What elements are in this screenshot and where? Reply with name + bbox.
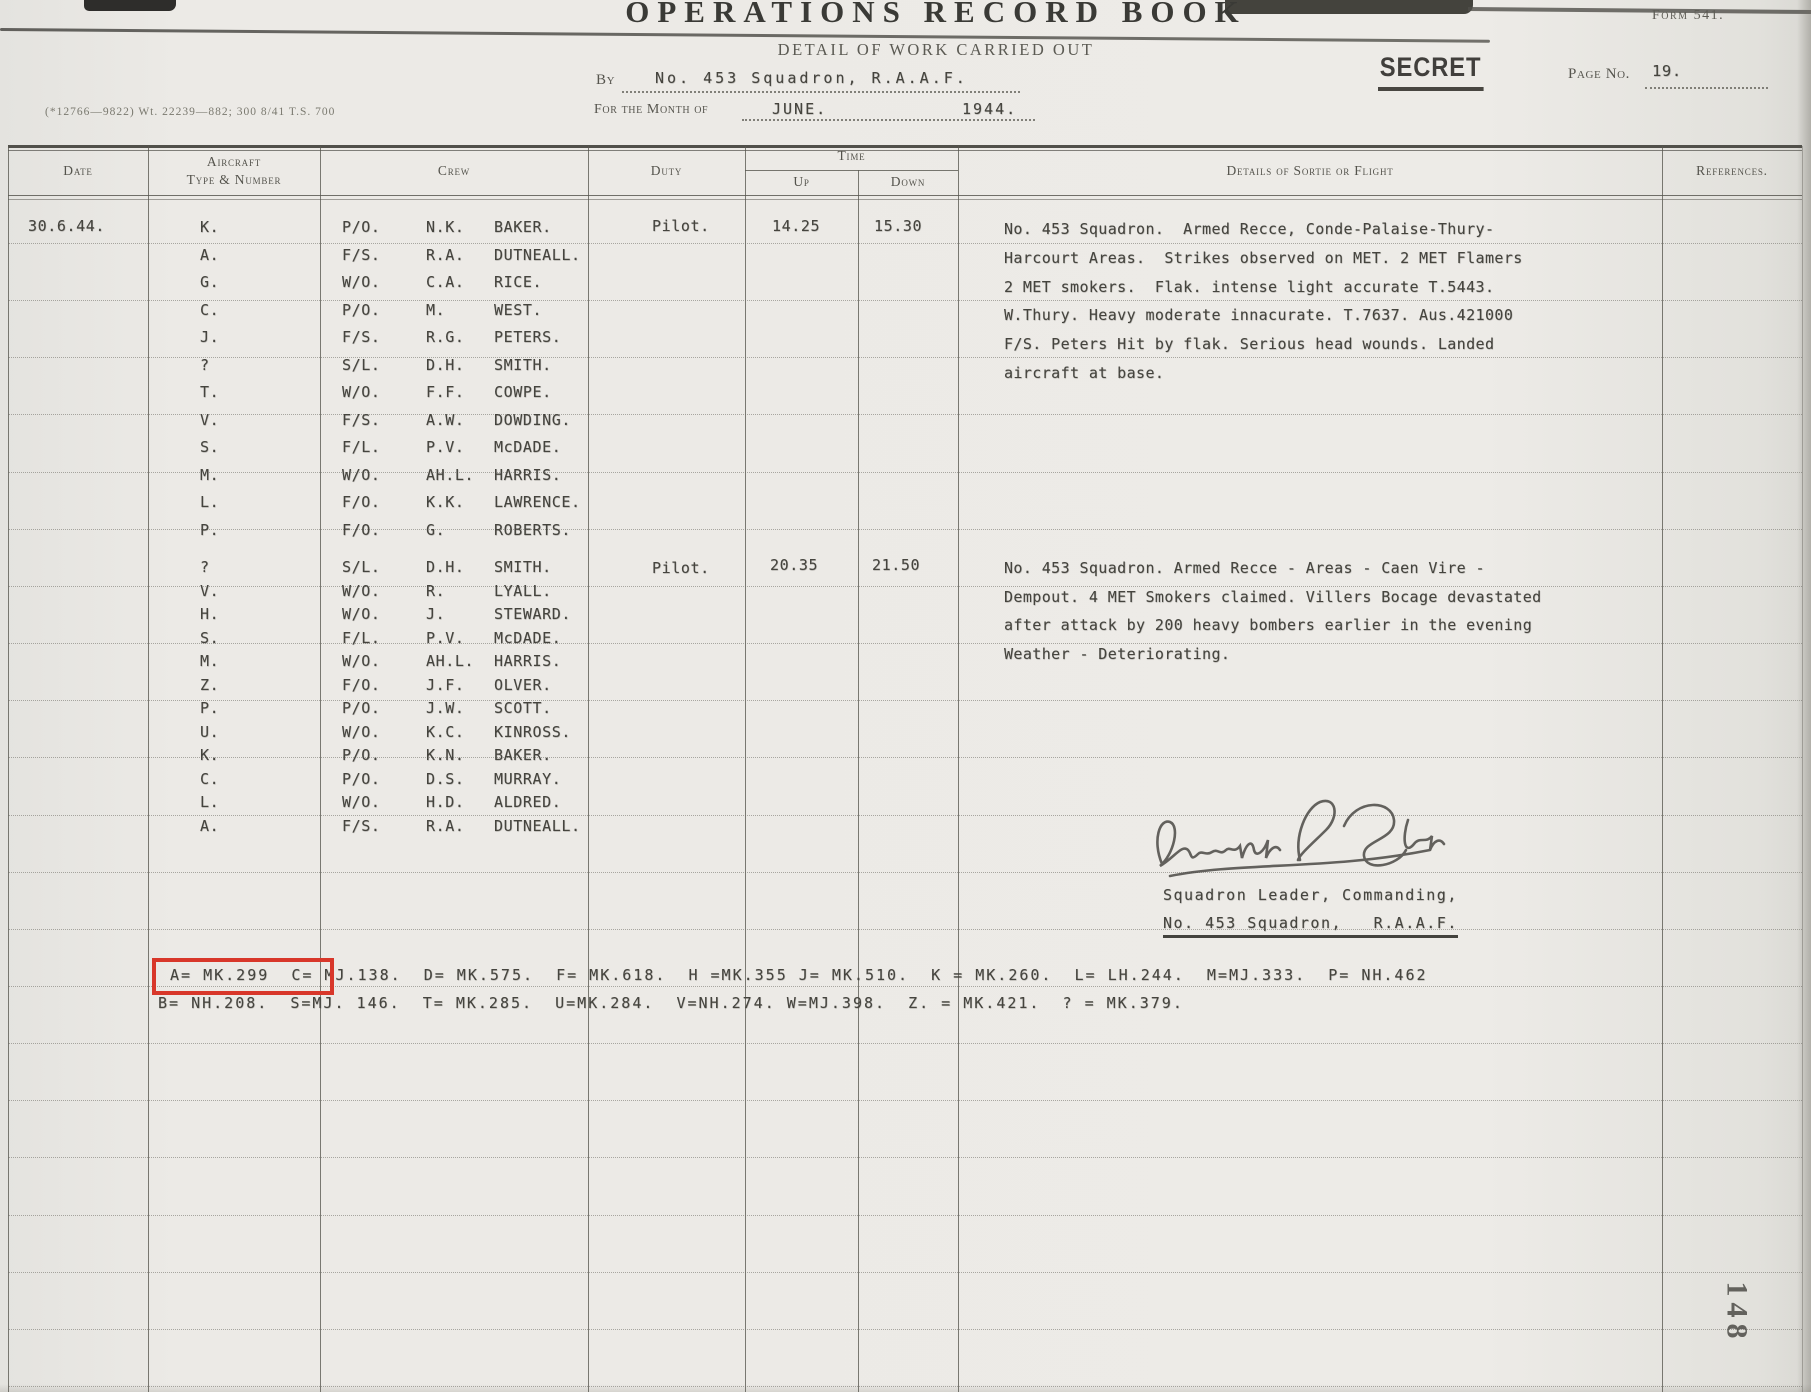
crew-surname: SCOTT. bbox=[494, 697, 552, 721]
entry1-time-up: 14.25 bbox=[772, 217, 820, 235]
crew-initials: AH.L. bbox=[426, 650, 474, 674]
month-label: For the Month of bbox=[594, 102, 708, 118]
aircraft-letter: A. bbox=[200, 815, 219, 839]
crew-initials: A.W. bbox=[426, 407, 465, 435]
col-header-aircraft-line2: Type & Number bbox=[148, 172, 320, 188]
crew-row: V. F/S. A.W. DOWDING. bbox=[0, 407, 1811, 435]
entry1-time-down: 15.30 bbox=[874, 217, 922, 235]
crew-rank: F/O. bbox=[342, 517, 381, 545]
crew-surname: LAWRENCE. bbox=[494, 489, 581, 517]
crew-row: P. P/O. J.W. SCOTT. bbox=[0, 697, 1811, 721]
crew-row: U. W/O. K.C. KINROSS. bbox=[0, 721, 1811, 745]
crew-rank: P/O. bbox=[342, 768, 381, 792]
crew-row: L. W/O. H.D. ALDRED. bbox=[0, 791, 1811, 815]
sortie-details-line: No. 453 Squadron. Armed Recce - Areas - … bbox=[1004, 554, 1674, 583]
col-header-aircraft-line1: Aircraft bbox=[148, 154, 320, 170]
page-number-label: Page No. bbox=[1568, 66, 1630, 83]
crew-initials: J.F. bbox=[426, 674, 465, 698]
crew-surname: OLVER. bbox=[494, 674, 552, 698]
aircraft-letter: L. bbox=[200, 489, 219, 517]
crew-surname: WEST. bbox=[494, 297, 542, 325]
sortie-details-line: Harcourt Areas. Strikes observed on MET.… bbox=[1004, 244, 1674, 273]
by-label: By bbox=[596, 72, 615, 89]
crew-initials: D.H. bbox=[426, 556, 465, 580]
aircraft-letter: S. bbox=[200, 434, 219, 462]
crew-rank: W/O. bbox=[342, 650, 381, 674]
scan-page-edge-line-right bbox=[1468, 7, 1811, 14]
crew-rank: S/L. bbox=[342, 556, 381, 580]
sortie-details-line: Dempout. 4 MET Smokers claimed. Villers … bbox=[1004, 583, 1674, 612]
aircraft-letter: Z. bbox=[200, 674, 219, 698]
col-header-references: References. bbox=[1662, 163, 1802, 179]
crew-surname: COWPE. bbox=[494, 379, 552, 407]
crew-surname: KINROSS. bbox=[494, 721, 571, 745]
crew-initials: P.V. bbox=[426, 627, 465, 651]
time-header-divider bbox=[745, 170, 958, 171]
sortie-details-line: No. 453 Squadron. Armed Recce, Conde-Pal… bbox=[1004, 215, 1674, 244]
crew-rank: W/O. bbox=[342, 379, 381, 407]
col-header-duty: Duty bbox=[588, 163, 745, 179]
crew-initials: R. bbox=[426, 580, 445, 604]
annotation-highlight-box bbox=[152, 958, 334, 995]
signature-handwriting bbox=[1140, 792, 1450, 892]
crew-rank: P/O. bbox=[342, 214, 381, 242]
crew-initials: K.K. bbox=[426, 489, 465, 517]
aircraft-letter: L. bbox=[200, 791, 219, 815]
year-value: 1944. bbox=[962, 100, 1017, 118]
crew-initials: J. bbox=[426, 603, 445, 627]
crew-initials: K.C. bbox=[426, 721, 465, 745]
crew-rank: P/O. bbox=[342, 297, 381, 325]
crew-initials: P.V. bbox=[426, 434, 465, 462]
crew-surname: DUTNEALL. bbox=[494, 815, 581, 839]
aircraft-letter: V. bbox=[200, 580, 219, 604]
crew-rank: F/S. bbox=[342, 407, 381, 435]
aircraft-codes-line1: A= MK.299 C= MJ.138. D= MK.575. F= MK.61… bbox=[170, 966, 1428, 984]
crew-surname: LYALL. bbox=[494, 580, 552, 604]
entry2-details: No. 453 Squadron. Armed Recce - Areas - … bbox=[1004, 554, 1674, 668]
signature-title-line1: Squadron Leader, Commanding, bbox=[1163, 886, 1458, 904]
crew-row: S. F/L. P.V. McDADE. bbox=[0, 434, 1811, 462]
aircraft-letter: J. bbox=[200, 324, 219, 352]
aircraft-letter: V. bbox=[200, 407, 219, 435]
secret-stamp: SECRET bbox=[1378, 52, 1483, 91]
entry2-time-up: 20.35 bbox=[770, 556, 818, 574]
crew-rank: W/O. bbox=[342, 269, 381, 297]
crew-initials: K.N. bbox=[426, 744, 465, 768]
crew-surname: HARRIS. bbox=[494, 650, 561, 674]
aircraft-letter: H. bbox=[200, 603, 219, 627]
crew-initials: H.D. bbox=[426, 791, 465, 815]
operations-record-book-scan: Form 541. OPERATIONS RECORD BOOK DETAIL … bbox=[0, 0, 1811, 1392]
crew-rank: F/S. bbox=[342, 242, 381, 270]
entry2-duty: Pilot. bbox=[652, 559, 710, 577]
sortie-details-line: Weather - Deteriorating. bbox=[1004, 640, 1674, 669]
crew-initials: M. bbox=[426, 297, 445, 325]
crew-initials: N.K. bbox=[426, 214, 465, 242]
sortie-details-line: 2 MET smokers. Flak. intense light accur… bbox=[1004, 273, 1674, 302]
crew-surname: RICE. bbox=[494, 269, 542, 297]
crew-surname: BAKER. bbox=[494, 744, 552, 768]
crew-surname: SMITH. bbox=[494, 352, 552, 380]
col-header-crew: Crew bbox=[320, 163, 588, 179]
aircraft-letter: S. bbox=[200, 627, 219, 651]
crew-row: P. F/O. G. ROBERTS. bbox=[0, 517, 1811, 545]
aircraft-letter: A. bbox=[200, 242, 219, 270]
page-title: OPERATIONS RECORD BOOK bbox=[556, 0, 1316, 30]
crew-rank: W/O. bbox=[342, 791, 381, 815]
col-header-up: Up bbox=[745, 174, 858, 190]
crew-initials: C.A. bbox=[426, 269, 465, 297]
page-subtitle: DETAIL OF WORK CARRIED OUT bbox=[556, 40, 1316, 60]
entry1-duty: Pilot. bbox=[652, 217, 710, 235]
page-number-value: 19. bbox=[1652, 62, 1682, 80]
crew-row: L. F/O. K.K. LAWRENCE. bbox=[0, 489, 1811, 517]
ruled-line bbox=[8, 929, 1802, 930]
crew-surname: ROBERTS. bbox=[494, 517, 571, 545]
by-value: No. 453 Squadron, R.A.A.F. bbox=[655, 69, 968, 87]
crew-surname: DOWDING. bbox=[494, 407, 571, 435]
ruled-line bbox=[8, 1272, 1802, 1273]
entry2-time-down: 21.50 bbox=[872, 556, 920, 574]
crew-rank: P/O. bbox=[342, 744, 381, 768]
crew-row: K. P/O. K.N. BAKER. bbox=[0, 744, 1811, 768]
header-bottom-border-inner bbox=[8, 199, 1802, 200]
crew-initials: AH.L. bbox=[426, 462, 474, 490]
month-value: JUNE. bbox=[772, 100, 827, 118]
sortie-details-line: F/S. Peters Hit by flak. Serious head wo… bbox=[1004, 330, 1674, 359]
sortie-details-line: W.Thury. Heavy moderate innacurate. T.76… bbox=[1004, 301, 1674, 330]
crew-rank: W/O. bbox=[342, 603, 381, 627]
crew-surname: HARRIS. bbox=[494, 462, 561, 490]
aircraft-letter: C. bbox=[200, 297, 219, 325]
crew-initials: D.H. bbox=[426, 352, 465, 380]
crew-rank: S/L. bbox=[342, 352, 381, 380]
aircraft-letter: ? bbox=[200, 352, 210, 380]
crew-surname: MURRAY. bbox=[494, 768, 561, 792]
crew-row: C. P/O. D.S. MURRAY. bbox=[0, 768, 1811, 792]
crew-surname: DUTNEALL. bbox=[494, 242, 581, 270]
crew-surname: McDADE. bbox=[494, 627, 561, 651]
aircraft-letter: M. bbox=[200, 650, 219, 674]
ruled-line bbox=[8, 1100, 1802, 1101]
ruled-line bbox=[8, 1386, 1802, 1387]
crew-initials: R.A. bbox=[426, 815, 465, 839]
ruled-line bbox=[8, 872, 1802, 873]
crew-rank: F/O. bbox=[342, 489, 381, 517]
crew-surname: ALDRED. bbox=[494, 791, 561, 815]
aircraft-letter: K. bbox=[200, 744, 219, 768]
form-number: Form 541. bbox=[1652, 8, 1724, 24]
sortie-details-line: after attack by 200 heavy bombers earlie… bbox=[1004, 611, 1674, 640]
aircraft-letter: G. bbox=[200, 269, 219, 297]
print-code: (*12766—9822) Wt. 22239—882; 300 8/41 T.… bbox=[45, 106, 335, 118]
aircraft-letter: C. bbox=[200, 768, 219, 792]
page-stamp: 148 bbox=[1720, 1282, 1754, 1345]
aircraft-letter: T. bbox=[200, 379, 219, 407]
sortie-details-line: aircraft at base. bbox=[1004, 359, 1674, 388]
crew-surname: McDADE. bbox=[494, 434, 561, 462]
ruled-line bbox=[8, 1157, 1802, 1158]
crew-initials: R.A. bbox=[426, 242, 465, 270]
crew-rank: F/L. bbox=[342, 434, 381, 462]
crew-initials: G. bbox=[426, 517, 445, 545]
aircraft-letter: K. bbox=[200, 214, 219, 242]
aircraft-letter: U. bbox=[200, 721, 219, 745]
col-header-time: Time bbox=[745, 148, 958, 164]
crew-row: A. F/S. R.A. DUTNEALL. bbox=[0, 815, 1811, 839]
header-bottom-border bbox=[8, 195, 1802, 196]
ruled-line bbox=[8, 1043, 1802, 1044]
crew-surname: PETERS. bbox=[494, 324, 561, 352]
crew-rank: W/O. bbox=[342, 721, 381, 745]
aircraft-letter: M. bbox=[200, 462, 219, 490]
crew-surname: SMITH. bbox=[494, 556, 552, 580]
crew-rank: F/L. bbox=[342, 627, 381, 651]
crew-row: Z. F/O. J.F. OLVER. bbox=[0, 674, 1811, 698]
crew-rank: F/O. bbox=[342, 674, 381, 698]
scan-artifact-top-left bbox=[84, 0, 176, 11]
aircraft-letter: P. bbox=[200, 517, 219, 545]
signature-title-line2: No. 453 Squadron, R.A.A.F. bbox=[1163, 914, 1458, 938]
aircraft-codes-line2: B= NH.208. S=MJ. 146. T= MK.285. U=MK.28… bbox=[158, 994, 1184, 1012]
crew-row: M. W/O. AH.L. HARRIS. bbox=[0, 462, 1811, 490]
crew-initials: R.G. bbox=[426, 324, 465, 352]
crew-rank: W/O. bbox=[342, 580, 381, 604]
crew-surname: BAKER. bbox=[494, 214, 552, 242]
col-header-date: Date bbox=[8, 163, 148, 179]
aircraft-letter: ? bbox=[200, 556, 210, 580]
crew-rank: P/O. bbox=[342, 697, 381, 721]
crew-rank: F/S. bbox=[342, 324, 381, 352]
ruled-line bbox=[8, 1329, 1802, 1330]
col-header-details: Details of Sortie or Flight bbox=[958, 163, 1662, 179]
col-header-down: Down bbox=[858, 174, 958, 190]
ruled-line bbox=[8, 1215, 1802, 1216]
crew-rank: W/O. bbox=[342, 462, 381, 490]
crew-rank: F/S. bbox=[342, 815, 381, 839]
entry1-details: No. 453 Squadron. Armed Recce, Conde-Pal… bbox=[1004, 215, 1674, 388]
crew-surname: STEWARD. bbox=[494, 603, 571, 627]
crew-initials: D.S. bbox=[426, 768, 465, 792]
aircraft-letter: P. bbox=[200, 697, 219, 721]
crew-initials: F.F. bbox=[426, 379, 465, 407]
crew-initials: J.W. bbox=[426, 697, 465, 721]
